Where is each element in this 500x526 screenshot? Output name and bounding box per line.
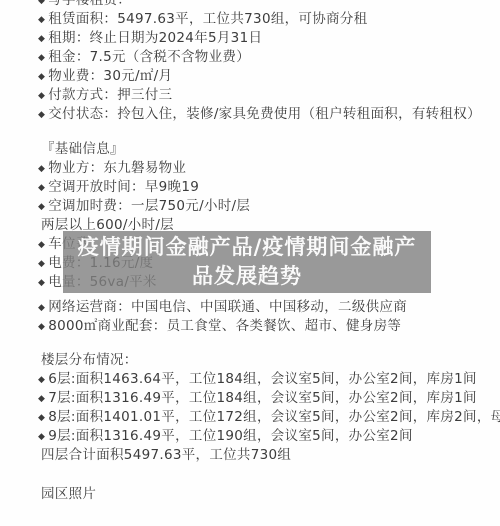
listing-line-text: 付款方式：押三付三 bbox=[48, 87, 172, 103]
listing-line: ◆付款方式：押三付三 bbox=[38, 86, 500, 105]
bullet-icon: ◆ bbox=[38, 413, 45, 423]
bullet-icon: ◆ bbox=[38, 15, 45, 25]
listing-line: ◆租赁面积：5497.63平，工位共730组，可协商分租 bbox=[38, 10, 500, 29]
bullet-icon: ◆ bbox=[38, 183, 45, 193]
listing-page: ◆写字楼租赁： ◆租赁面积：5497.63平，工位共730组，可协商分租 ◆租期… bbox=[0, 0, 500, 526]
listing-line-text: 租金：7.5元（含税不含物业费） bbox=[48, 49, 250, 65]
listing-line: ◆写字楼租赁： bbox=[38, 0, 500, 10]
bullet-icon: ◆ bbox=[38, 0, 45, 6]
bullet-icon: ◆ bbox=[38, 394, 45, 404]
section-park-photos: 园区照片 bbox=[38, 485, 500, 504]
listing-line: ◆8层:面积1401.01平，工位172组，会议室5间，办公室2间，库房2间，母… bbox=[38, 408, 500, 427]
listing-line: ◆空调加时费：一层750元/小时/层 bbox=[38, 197, 500, 216]
listing-line-text: 8层:面积1401.01平，工位172组，会议室5间，办公室2间，库房2间，母婴… bbox=[48, 409, 500, 425]
listing-line: ◆空调开放时间：早9晚19 bbox=[38, 178, 500, 197]
listing-line: ◆租期：终止日期为2024年5月31日 bbox=[38, 29, 500, 48]
listing-line-text: 交付状态：拎包入住，装修/家具免费使用（租户转租面积，有转租权） bbox=[48, 106, 481, 122]
title-overlay-banner: 疫情期间金融产品/疫情期间金融产 品发展趋势 bbox=[63, 231, 431, 293]
listing-line-text: 租期：终止日期为2024年5月31日 bbox=[48, 30, 262, 46]
listing-line-text: 物业费：30元/㎡/月 bbox=[48, 68, 172, 84]
listing-line-text: 空调加时费：一层750元/小时/层 bbox=[48, 198, 250, 214]
section-heading: 楼层分布情况： bbox=[38, 351, 500, 370]
section-heading-text: 园区照片 bbox=[41, 486, 96, 502]
bullet-icon: ◆ bbox=[38, 202, 45, 212]
listing-line-text: 6层:面积1463.64平，工位184组，会议室5间，办公室2间，库房1间 bbox=[48, 371, 477, 387]
bullet-icon: ◆ bbox=[38, 278, 45, 288]
bullet-icon: ◆ bbox=[38, 259, 45, 269]
section-heading-text: 『基础信息』 bbox=[41, 141, 124, 157]
listing-line-text: 9层:面积1316.49平，工位190组，会议室5间，办公室2间 bbox=[48, 428, 413, 444]
listing-line-text: 网络运营商：中国电信、中国联通、中国移动，二级供应商 bbox=[48, 299, 407, 315]
listing-line: 四层合计面积5497.63平，工位共730组 bbox=[38, 446, 500, 465]
listing-line-text: 空调开放时间：早9晚19 bbox=[48, 179, 199, 195]
bullet-icon: ◆ bbox=[38, 72, 45, 82]
listing-line-text: 物业方：东九磐易物业 bbox=[48, 160, 186, 176]
listing-line: ◆9层:面积1316.49平，工位190组，会议室5间，办公室2间 bbox=[38, 427, 500, 446]
bullet-icon: ◆ bbox=[38, 240, 45, 250]
listing-line: ◆网络运营商：中国电信、中国联通、中国移动，二级供应商 bbox=[38, 298, 500, 317]
section-rental-terms: ◆写字楼租赁： ◆租赁面积：5497.63平，工位共730组，可协商分租 ◆租期… bbox=[38, 0, 500, 124]
listing-line: ◆6层:面积1463.64平，工位184组，会议室5间，办公室2间，库房1间 bbox=[38, 370, 500, 389]
overlay-title-line2: 品发展趋势 bbox=[63, 262, 431, 291]
listing-line: ◆7层:面积1316.49平，工位184组，会议室5间，办公室2间，库房1间 bbox=[38, 389, 500, 408]
listing-line-text: 8000㎡商业配套：员工食堂、各类餐饮、超市、健身房等 bbox=[48, 318, 401, 334]
bullet-icon: ◆ bbox=[38, 432, 45, 442]
section-floor-distribution: 楼层分布情况： ◆6层:面积1463.64平，工位184组，会议室5间，办公室2… bbox=[38, 351, 500, 465]
listing-line: ◆交付状态：拎包入住，装修/家具免费使用（租户转租面积，有转租权） bbox=[38, 105, 500, 124]
listing-line: ◆8000㎡商业配套：员工食堂、各类餐饮、超市、健身房等 bbox=[38, 317, 500, 336]
listing-line: ◆租金：7.5元（含税不含物业费） bbox=[38, 48, 500, 67]
bullet-icon: ◆ bbox=[38, 91, 45, 101]
section-heading-text: 楼层分布情况： bbox=[41, 352, 138, 368]
listing-line-text: 写字楼租赁： bbox=[48, 0, 131, 8]
section-heading: 园区照片 bbox=[38, 485, 500, 504]
overlay-title-line1: 疫情期间金融产品/疫情期间金融产 bbox=[63, 233, 431, 262]
bullet-icon: ◆ bbox=[38, 322, 45, 332]
listing-line: ◆物业方：东九磐易物业 bbox=[38, 159, 500, 178]
bullet-icon: ◆ bbox=[38, 34, 45, 44]
section-heading: 『基础信息』 bbox=[38, 140, 500, 159]
bullet-icon: ◆ bbox=[38, 303, 45, 313]
bullet-icon: ◆ bbox=[38, 110, 45, 120]
listing-line-text: 四层合计面积5497.63平，工位共730组 bbox=[41, 447, 291, 463]
bullet-icon: ◆ bbox=[38, 53, 45, 63]
bullet-icon: ◆ bbox=[38, 164, 45, 174]
listing-line-text: 7层:面积1316.49平，工位184组，会议室5间，办公室2间，库房1间 bbox=[48, 390, 477, 406]
listing-line: ◆物业费：30元/㎡/月 bbox=[38, 67, 500, 86]
listing-line-text: 租赁面积：5497.63平，工位共730组，可协商分租 bbox=[48, 11, 367, 27]
bullet-icon: ◆ bbox=[38, 375, 45, 385]
